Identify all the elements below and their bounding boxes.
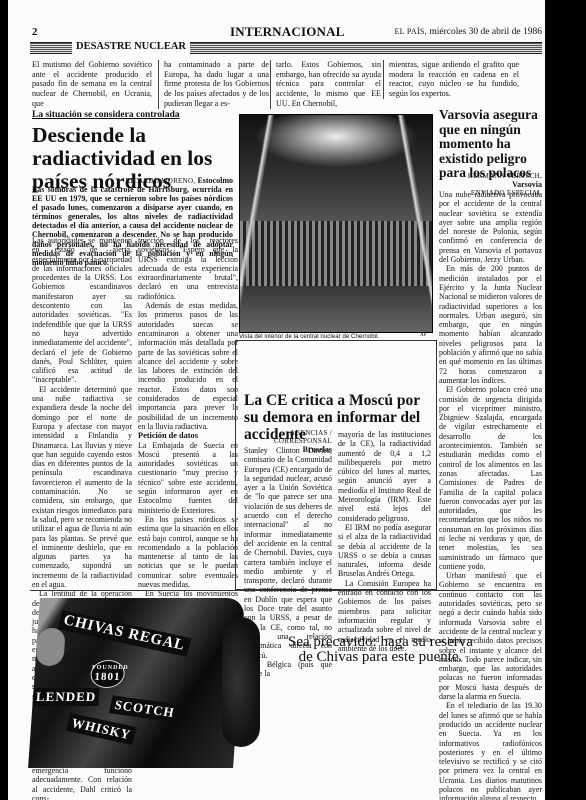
article-headline-poland: Varsovia asegura que en ningún momento h… xyxy=(439,108,545,181)
chernobyl-interior-photo xyxy=(239,114,433,333)
byline-author: HERMANN TERTSCH, xyxy=(468,172,542,180)
hand-shape xyxy=(222,617,260,747)
paragraph: El accidente determinó que una nube radi… xyxy=(32,385,132,590)
article-byline: RICARDO MORENO, Estocolmo xyxy=(32,176,233,185)
slogan-line-1: Sea precavido: haga su reserva xyxy=(288,635,473,650)
byline-place: Estocolmo xyxy=(197,176,233,185)
paper-name: EL PAÍS, xyxy=(394,27,426,36)
page-number: 2 xyxy=(32,26,38,38)
chivas-advertisement: CHIVAS REGAL FOUNDED 1801 LENDED SCOTCH … xyxy=(30,595,542,800)
intro-column-4: mientras, sigue ardiendo el grafito que … xyxy=(383,60,519,99)
whisky-bottle-image: CHIVAS REGAL FOUNDED 1801 LENDED SCOTCH … xyxy=(28,598,245,768)
paragraph: En más de 200 puntos de medición instala… xyxy=(439,264,542,385)
paragraph: Una nube radiactiva provocada por el acc… xyxy=(439,190,542,264)
paragraph: El IRM no podía asegurar si el alza de l… xyxy=(338,523,431,579)
paragraph: Además de estas medidas, los primeros pa… xyxy=(138,301,238,431)
label-whisky: WHISKY xyxy=(66,713,137,745)
photo-credit: AP xyxy=(420,333,426,338)
label-year: 1801 xyxy=(91,671,124,683)
section-title: INTERNACIONAL xyxy=(230,24,345,40)
paragraph: mayoría de las instituciones de la CE), … xyxy=(338,430,431,523)
intro-column-1: El mutismo del Gobierno soviético ante e… xyxy=(32,60,152,109)
intro-column-3: tarlo. Estos Gobiernos, sin embargo, han… xyxy=(270,60,381,109)
label-scotch: SCOTCH xyxy=(109,695,180,722)
label-founded: FOUNDED 1801 xyxy=(90,660,126,688)
byline-author: AGENCIAS / CORRESPONSAL xyxy=(274,429,332,445)
subheading: Petición de datos xyxy=(138,431,238,440)
byline-author: RICARDO MORENO, xyxy=(126,177,196,185)
section-band: DESASTRE NUCLEAR xyxy=(30,42,542,54)
ad-slogan: Sea precavido: haga su reserva de Chivas… xyxy=(288,635,473,665)
issue-date: miércoles 30 de abril de 1986 xyxy=(429,27,542,37)
paragraph: trucción de los reactores soviéticos. "E… xyxy=(138,236,238,301)
paragraph: En los países nórdicos se estima que la … xyxy=(138,515,238,589)
ad-divider xyxy=(30,590,542,591)
byline-place: Varsovia xyxy=(512,180,542,189)
intro-column-2: ha contaminado a parte de Europa, ha dad… xyxy=(158,60,269,109)
label-blended: LENDED xyxy=(32,688,99,706)
newspaper-page: 2 INTERNACIONAL EL PAÍS, miércoles 30 de… xyxy=(8,0,545,800)
paragraph: El Gobierno polaco creó una comisión de … xyxy=(439,385,542,571)
section-band-label: DESASTRE NUCLEAR xyxy=(72,40,190,54)
article-kicker: La situación se considera controlada xyxy=(32,110,180,120)
slogan-line-2: de Chivas para este puente. xyxy=(288,650,473,665)
label-brand: CHIVAS REGAL xyxy=(57,610,191,656)
photo-caption: Vista del interior de la central nuclear… xyxy=(239,333,379,340)
paragraph: La Embajada de Suecia en Moscú presentó … xyxy=(138,441,238,515)
thumb-shape xyxy=(35,628,66,666)
paragraph: Las autoridades se mantienen en estado d… xyxy=(32,236,132,385)
dateline: EL PAÍS, miércoles 30 de abril de 1986 xyxy=(394,27,542,37)
